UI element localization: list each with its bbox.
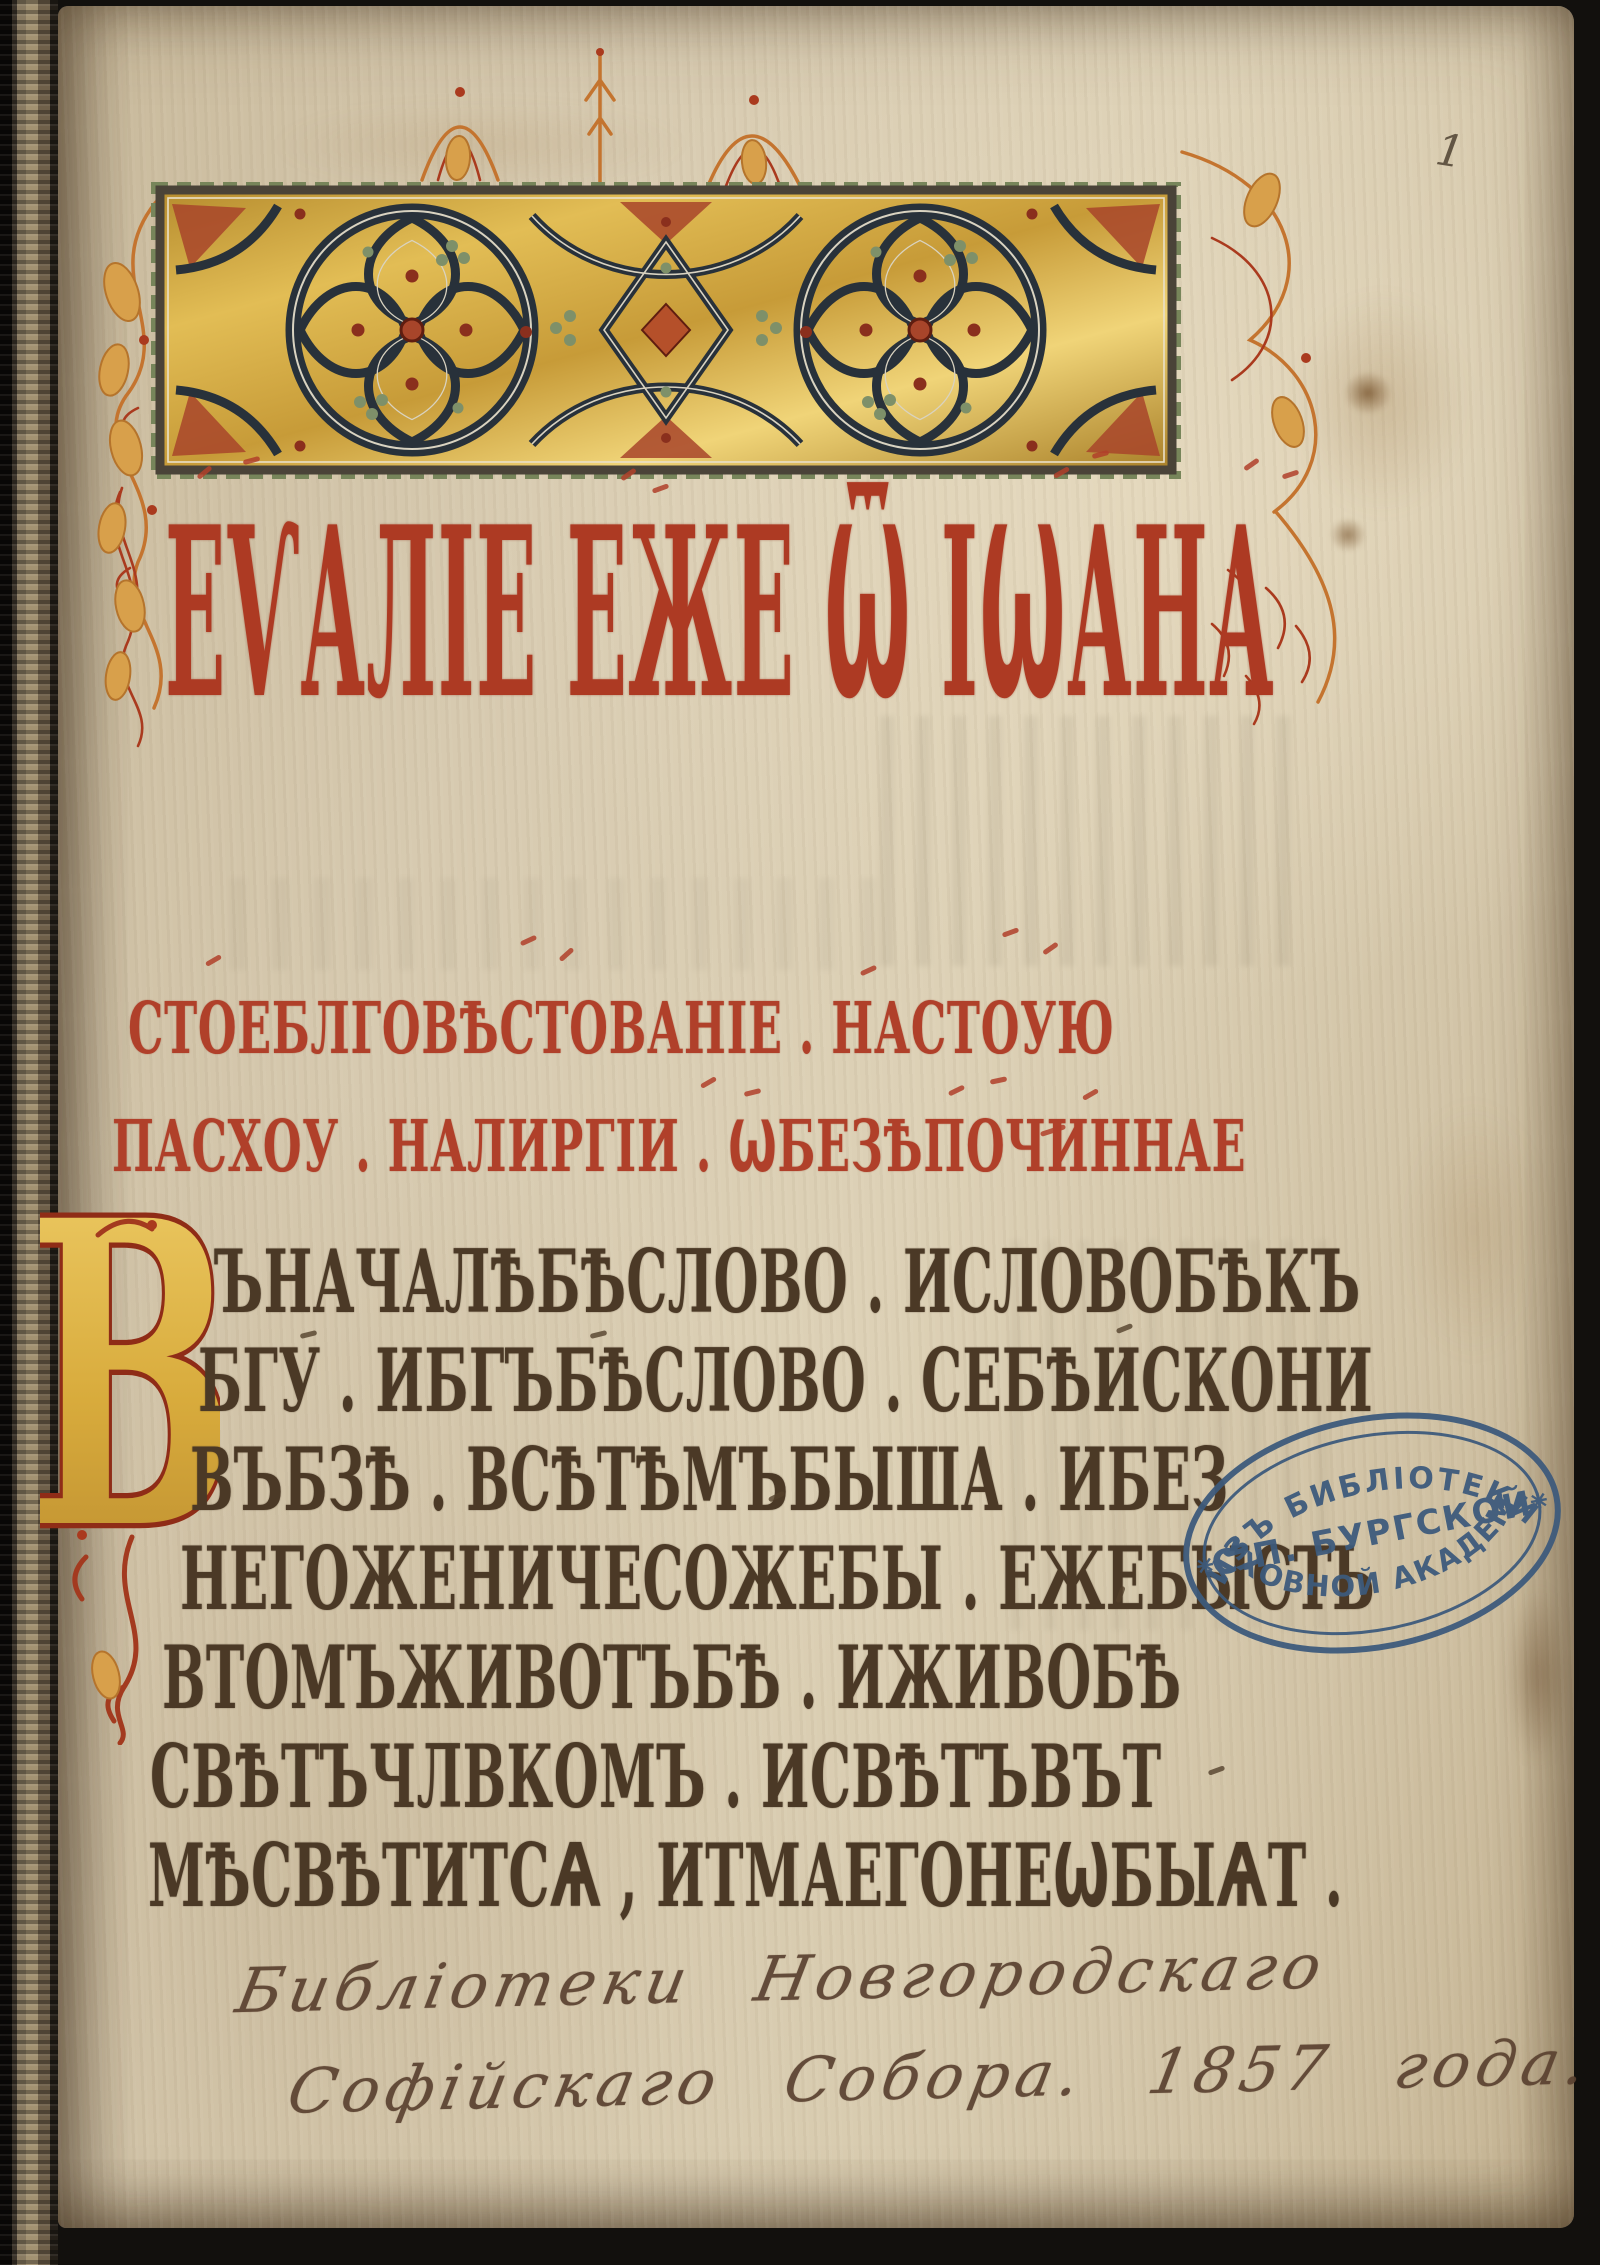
rubric-line: ПАСХОУ . НАЛИРГІИ . ѠБЕЗѢПОЧИННАЕ <box>112 1112 1600 1190</box>
gospel-text-line: МѢСВѢТИТСѦ , ИТМАЕГОНЕѠБЫѦТ . <box>148 1832 1600 1931</box>
book-spine-edge <box>0 0 58 2265</box>
gospel-text-line: ЪНАЧАЛѢБѢСЛОВО . ИСЛОВОБѢКЪ <box>214 1238 1600 1337</box>
manuscript-photo: 1 ЕѴАЛІЕ ЕЖЕ Ѿ ІѠАНА СТОЕБЛГОВѢСТОВАНІЕ … <box>0 0 1600 2265</box>
rubric-line: СТОЕБЛГОВѢСТОВАНІЕ . НАСТОУЮ <box>128 994 1462 1072</box>
illuminated-headpiece <box>150 182 1182 482</box>
title-vyaz-text: ЕѴАЛІЕ ЕЖЕ Ѿ ІѠАНА <box>165 498 1275 732</box>
gospel-text-line: СВѢТЪЧЛВКОМЪ . ИСВѢТЪВЪТ <box>150 1733 1600 1832</box>
title-vyaz: ЕѴАЛІЕ ЕЖЕ Ѿ ІѠАНА <box>165 498 1275 713</box>
